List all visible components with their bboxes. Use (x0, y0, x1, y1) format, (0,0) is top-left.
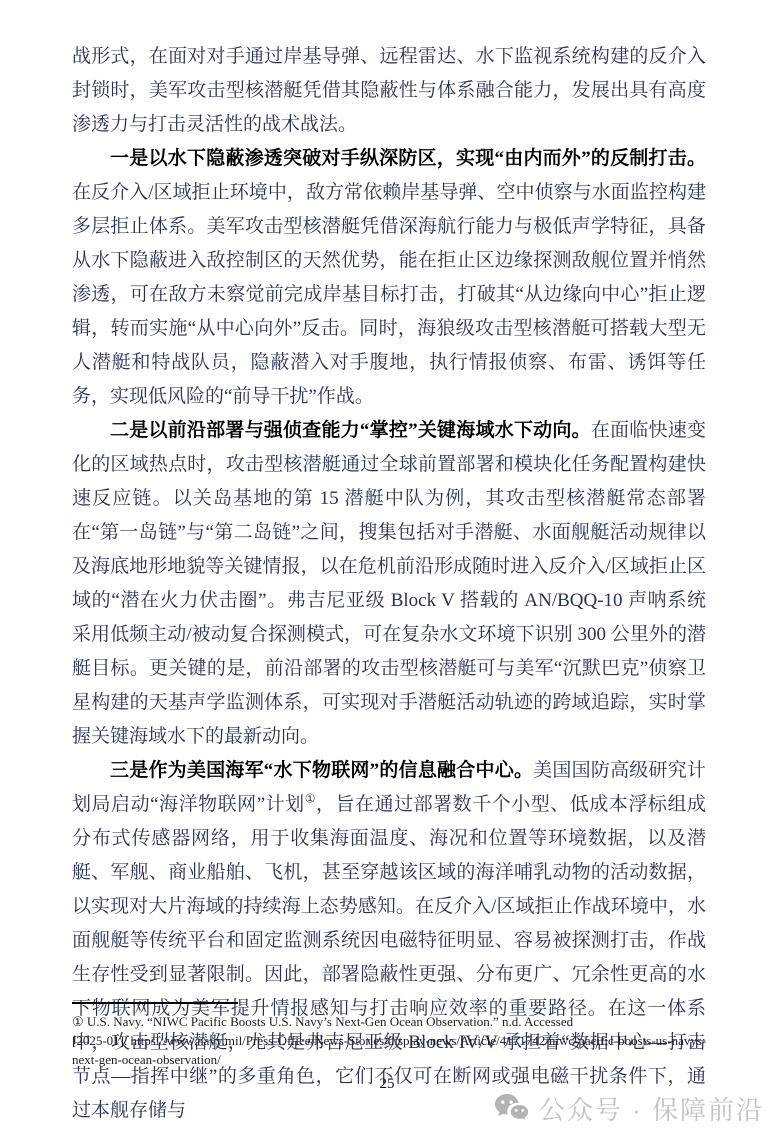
paragraph-point-two: 二是以前沿部署与强侦查能力“掌控”关键海域水下动向。在面临快速变化的区域热点时，… (72, 414, 706, 754)
wechat-icon (494, 1093, 530, 1124)
paragraph-point-three: 三是作为美国海军“水下物联网”的信息融合中心。美国国防高级研究计划局启动“海洋物… (72, 754, 706, 1128)
watermark-text: 公众号 · 保障前沿 (539, 1090, 764, 1127)
paragraph-lead-bold: 一是以水下隐蔽渗透突破对手纵深防区，实现“由内而外”的反制打击。 (110, 148, 706, 169)
watermark: 公众号 · 保障前沿 (494, 1090, 764, 1127)
footnote-divider (72, 1002, 238, 1004)
paragraph-text: ，旨在通过部署数千个小型、低成本浮标组成分布式传感器网络，用于收集海面温度、海况… (72, 794, 706, 1121)
paragraph-text: 战形式，在面对对手通过岸基导弹、远程雷达、水下监视系统构建的反介入封锁时，美军攻… (72, 46, 706, 135)
paragraph-point-one: 一是以水下隐蔽渗透突破对手纵深防区，实现“由内而外”的反制打击。在反介入/区域拒… (72, 142, 706, 414)
paragraph-continuation: 战形式，在面对对手通过岸基导弹、远程雷达、水下监视系统构建的反介入封锁时，美军攻… (72, 40, 706, 142)
footnote-line: ① U.S. Navy. “NIWC Pacific Boosts U.S. N… (72, 1012, 720, 1031)
paragraph-text: 在面临快速变化的区域热点时，攻击型核潜艇通过全球前置部署和模块化任务配置构建快速… (72, 420, 706, 747)
footnote: ① U.S. Navy. “NIWC Pacific Boosts U.S. N… (72, 1012, 720, 1069)
paragraph-text: 在反介入/区域拒止环境中，敌方常依赖岸基导弹、空中侦察与水面监控构建多层拒止体系… (72, 182, 706, 407)
document-page: 战形式，在面对对手通过岸基导弹、远程雷达、水下监视系统构建的反介入封锁时，美军攻… (0, 0, 774, 1136)
paragraph-lead-bold: 二是以前沿部署与强侦查能力“掌控”关键海域水下动向。 (110, 420, 591, 441)
footnote-line: next-gen-ocean-observation/ (72, 1050, 720, 1069)
footnote-reference-mark: ① (305, 792, 316, 806)
footnote-line: [2025-01]. https://www.navy.mil/Press-Of… (72, 1031, 720, 1050)
paragraph-lead-bold: 三是作为美国海军“水下物联网”的信息融合中心。 (110, 760, 533, 781)
body-text: 战形式，在面对对手通过岸基导弹、远程雷达、水下监视系统构建的反介入封锁时，美军攻… (72, 40, 706, 1128)
